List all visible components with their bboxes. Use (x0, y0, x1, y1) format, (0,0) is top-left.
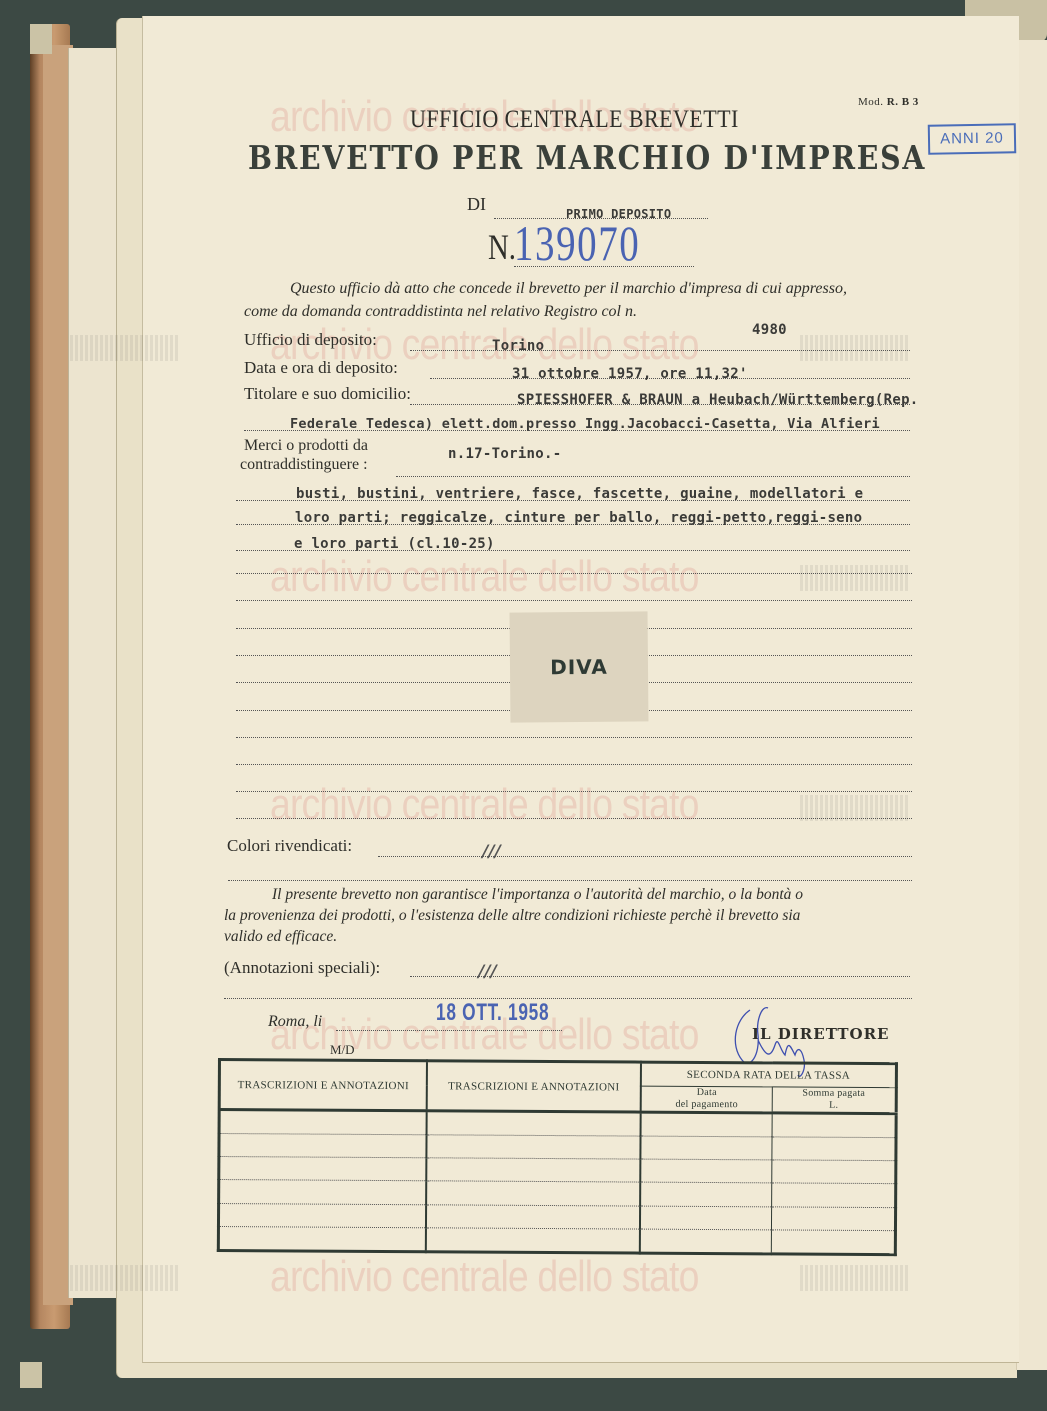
dotted-line (236, 764, 912, 765)
dotted-line (224, 998, 912, 999)
number-label: N. (488, 226, 516, 268)
di-label: DI (467, 194, 486, 215)
subheader-line: Data (697, 1087, 717, 1098)
dotted-line (396, 476, 910, 477)
place-label: Roma, li (268, 1013, 322, 1031)
titolare-label: Titolare e suo domicilio: (244, 384, 411, 404)
office-heading: UFFICIO CENTRALE BREVETTI (410, 106, 739, 134)
annotazioni-label: (Annotazioni speciali): (224, 958, 380, 978)
titolare-line-3: n.17-Torino.- (448, 446, 561, 462)
intro-line-1: Questo ufficio dà atto che concede il br… (290, 280, 847, 298)
merci-line-1: busti, bustini, ventriere, fasce, fascet… (296, 486, 863, 502)
registro-number: 4980 (752, 322, 787, 338)
merci-line-2: loro parti; reggicalze, cinture per ball… (295, 510, 862, 526)
column-header: SECONDA RATA DELLA TASSA (641, 1062, 897, 1088)
watermark-logo (70, 335, 180, 361)
data-deposito-label: Data e ora di deposito: (244, 358, 398, 378)
subheader-line: L. (829, 1100, 838, 1111)
watermark-logo (800, 565, 910, 591)
ufficio-label: Ufficio di deposito: (244, 330, 377, 350)
initials: M/D (330, 1042, 355, 1058)
column-header: TRASCRIZIONI E ANNOTAZIONI (427, 1061, 641, 1112)
patent-number: 139070 (514, 214, 640, 272)
titolare-line-2: Federale Tedesca) elett.dom.presso Ingg.… (290, 416, 880, 432)
titolare-line-1: SPIESSHOFER & BRAUN a Heubach/Württember… (517, 392, 919, 408)
form-code-prefix: Mod. (858, 96, 884, 108)
dotted-line (336, 1030, 562, 1031)
table-row (218, 1226, 895, 1254)
ufficio-value: Torino (492, 338, 544, 354)
data-deposito-value: 31 ottobre 1957, ore 11,32' (512, 366, 748, 382)
trademark-specimen: DIVA (510, 611, 649, 722)
disclaimer-line-2: la provenienza dei prodotti, o l'esisten… (224, 907, 800, 925)
watermark-logo (70, 1265, 180, 1291)
column-header: TRASCRIZIONI E ANNOTAZIONI (219, 1060, 427, 1111)
annotazioni-value: /// (478, 962, 497, 982)
subheader-line: Somma pagata (802, 1088, 865, 1099)
watermark: archivio centrale dello stato (270, 1252, 699, 1302)
subcolumn-header-amount: Somma pagata L. (772, 1087, 896, 1114)
dotted-line (228, 880, 912, 881)
trademark-name: DIVA (550, 655, 608, 680)
watermark-logo (800, 335, 910, 361)
dotted-line (378, 856, 912, 857)
dotted-line (236, 600, 912, 601)
colori-value: /// (482, 842, 501, 862)
disclaimer-line-3: valido ed efficace. (224, 928, 337, 946)
binder-corner-top (30, 24, 52, 54)
watermark: archivio centrale dello stato (270, 780, 699, 830)
merci-label-2: contraddistinguere : (240, 456, 368, 474)
dotted-line (236, 737, 912, 738)
document-title: BREVETTO PER MARCHIO D'IMPRESA (248, 138, 926, 177)
register-table: TRASCRIZIONI E ANNOTAZIONI TRASCRIZIONI … (217, 1058, 898, 1256)
watermark-logo (800, 1265, 910, 1291)
watermark: archivio centrale dello stato (270, 552, 699, 602)
binder-corner-bottom (20, 1362, 42, 1388)
form-code: Mod. R. B 3 (858, 96, 919, 108)
dotted-line (236, 818, 912, 819)
disclaimer-line-1: Il presente brevetto non garantisce l'im… (272, 886, 803, 904)
dotted-line (236, 573, 912, 574)
merci-line-3: e loro parti (cl.10-25) (294, 536, 495, 552)
dotted-line (236, 791, 912, 792)
subheader-line: del pagamento (675, 1099, 738, 1110)
dotted-line (514, 266, 694, 267)
next-page-edge (1016, 40, 1047, 1370)
anni-stamp: ANNI 20 (928, 123, 1017, 155)
colori-label: Colori rivendicati: (227, 836, 352, 856)
form-code-value: R. B 3 (887, 96, 919, 108)
date-stamp: 18 OTT. 1958 (436, 999, 549, 1027)
subcolumn-header-date: Data del pagamento (641, 1086, 773, 1113)
dotted-line (410, 350, 910, 351)
merci-label-1: Merci o prodotti da (244, 437, 368, 455)
intro-line-2: come da domanda contraddistinta nel rela… (244, 303, 637, 321)
